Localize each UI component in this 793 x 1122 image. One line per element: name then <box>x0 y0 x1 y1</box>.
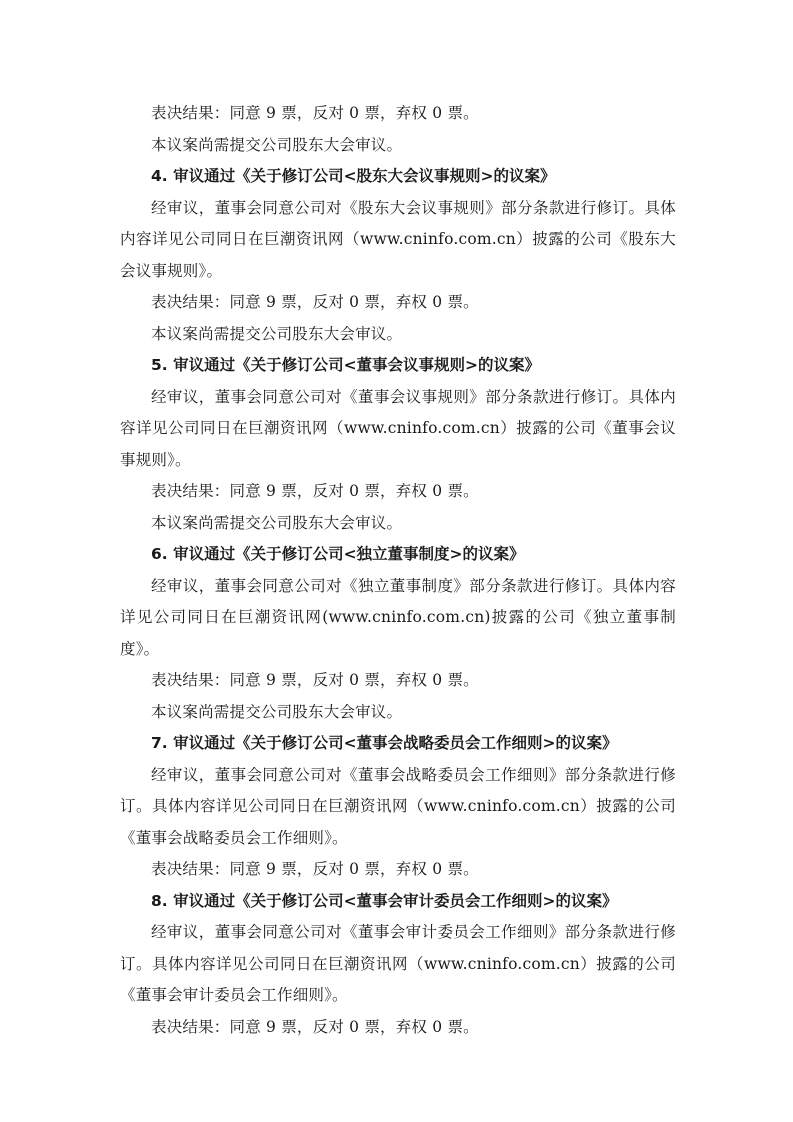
vote-result-7: 表决结果：同意 9 票，反对 0 票，弃权 0 票。 <box>120 854 676 886</box>
shareholder-review-note-3: 本议案尚需提交公司股东大会审议。 <box>120 130 676 162</box>
resolution-body-6: 经审议，董事会同意公司对《独立董事制度》部分条款进行修订。具体内容详见公司同日在… <box>120 571 676 666</box>
vote-result-3: 表决结果：同意 9 票，反对 0 票，弃权 0 票。 <box>120 98 676 130</box>
resolution-body-4: 经审议，董事会同意公司对《股东大会议事规则》部分条款进行修订。具体内容详见公司同… <box>120 193 676 288</box>
vote-result-5: 表决结果：同意 9 票，反对 0 票，弃权 0 票。 <box>120 476 676 508</box>
resolution-body-8: 经审议，董事会同意公司对《董事会审计委员会工作细则》部分条款进行修订。具体内容详… <box>120 917 676 1012</box>
resolution-heading-5: 5. 审议通过《关于修订公司<董事会议事规则>的议案》 <box>120 350 676 382</box>
vote-result-8: 表决结果：同意 9 票，反对 0 票，弃权 0 票。 <box>120 1012 676 1044</box>
resolution-heading-8: 8. 审议通过《关于修订公司<董事会审计委员会工作细则>的议案》 <box>120 886 676 918</box>
vote-result-4: 表决结果：同意 9 票，反对 0 票，弃权 0 票。 <box>120 287 676 319</box>
shareholder-review-note-4: 本议案尚需提交公司股东大会审议。 <box>120 319 676 351</box>
resolution-heading-7: 7. 审议通过《关于修订公司<董事会战略委员会工作细则>的议案》 <box>120 728 676 760</box>
document-page: 表决结果：同意 9 票，反对 0 票，弃权 0 票。 本议案尚需提交公司股东大会… <box>120 98 676 1043</box>
resolution-heading-6: 6. 审议通过《关于修订公司<独立董事制度>的议案》 <box>120 539 676 571</box>
resolution-heading-4: 4. 审议通过《关于修订公司<股东大会议事规则>的议案》 <box>120 161 676 193</box>
resolution-body-5: 经审议，董事会同意公司对《董事会议事规则》部分条款进行修订。具体内容详见公司同日… <box>120 382 676 477</box>
resolution-body-7: 经审议，董事会同意公司对《董事会战略委员会工作细则》部分条款进行修订。具体内容详… <box>120 760 676 855</box>
shareholder-review-note-6: 本议案尚需提交公司股东大会审议。 <box>120 697 676 729</box>
vote-result-6: 表决结果：同意 9 票，反对 0 票，弃权 0 票。 <box>120 665 676 697</box>
shareholder-review-note-5: 本议案尚需提交公司股东大会审议。 <box>120 508 676 540</box>
